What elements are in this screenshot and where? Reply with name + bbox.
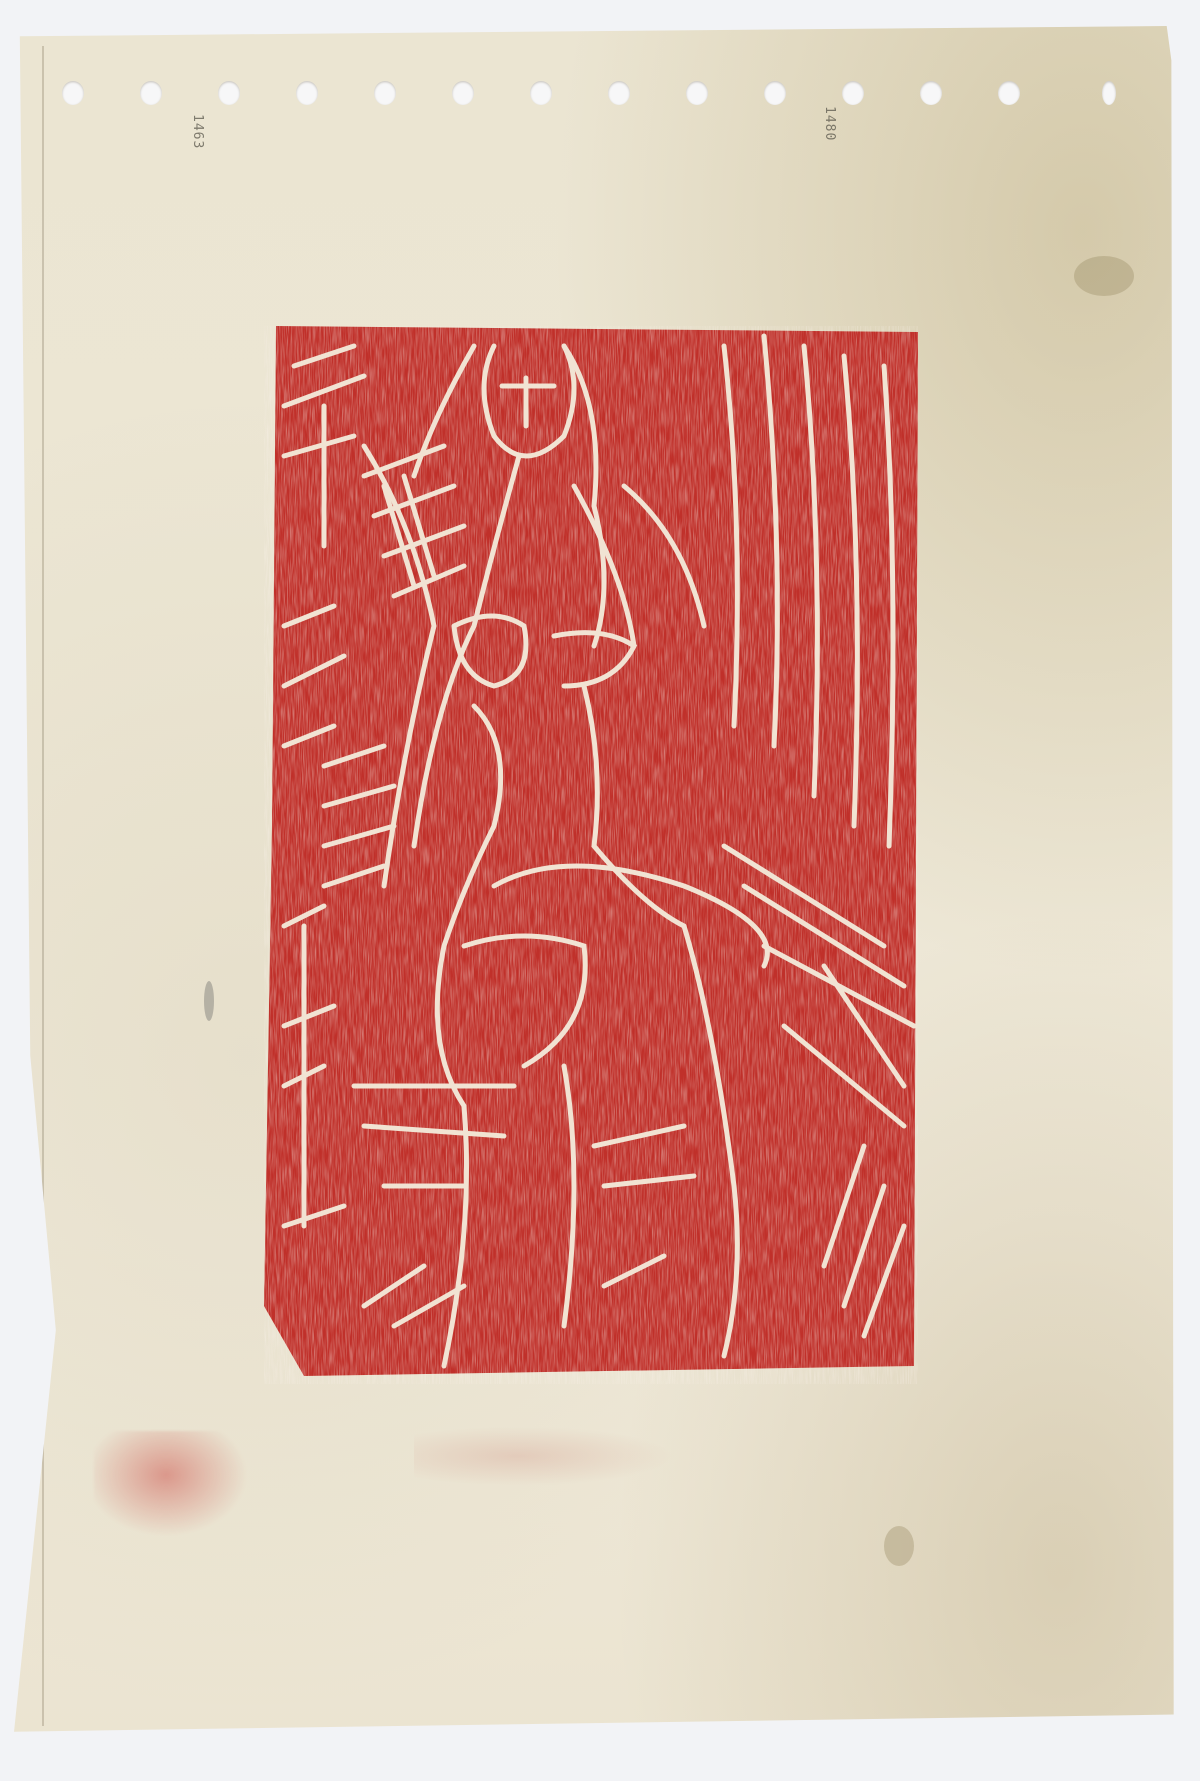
paper-fold-line (42, 46, 44, 1726)
red-ink-smudge (94, 1431, 254, 1541)
perforation-hole (686, 81, 708, 105)
perforation-holes (62, 81, 1152, 105)
perforation-hole (998, 81, 1020, 105)
perforation-hole (452, 81, 474, 105)
paper-sheet: 1463 1480 (14, 26, 1176, 1742)
perforation-hole (296, 81, 318, 105)
perforation-hole (842, 81, 864, 105)
perforation-hole (608, 81, 630, 105)
perforation-hole (218, 81, 240, 105)
perforation-hole (1102, 81, 1116, 105)
ink-smudge (414, 1426, 674, 1486)
perforation-hole (62, 81, 84, 105)
pencil-mark: 1480 (822, 106, 837, 141)
paper-stain (1074, 256, 1134, 296)
relief-print-artwork (264, 326, 918, 1384)
perforation-hole (140, 81, 162, 105)
perforation-hole (920, 81, 942, 105)
perforation-hole (764, 81, 786, 105)
paper-stain (204, 981, 214, 1021)
paper-stain (884, 1526, 914, 1566)
print-figure-illustration (264, 326, 918, 1384)
perforation-hole (374, 81, 396, 105)
perforation-hole (530, 81, 552, 105)
pencil-mark: 1463 (190, 114, 205, 149)
